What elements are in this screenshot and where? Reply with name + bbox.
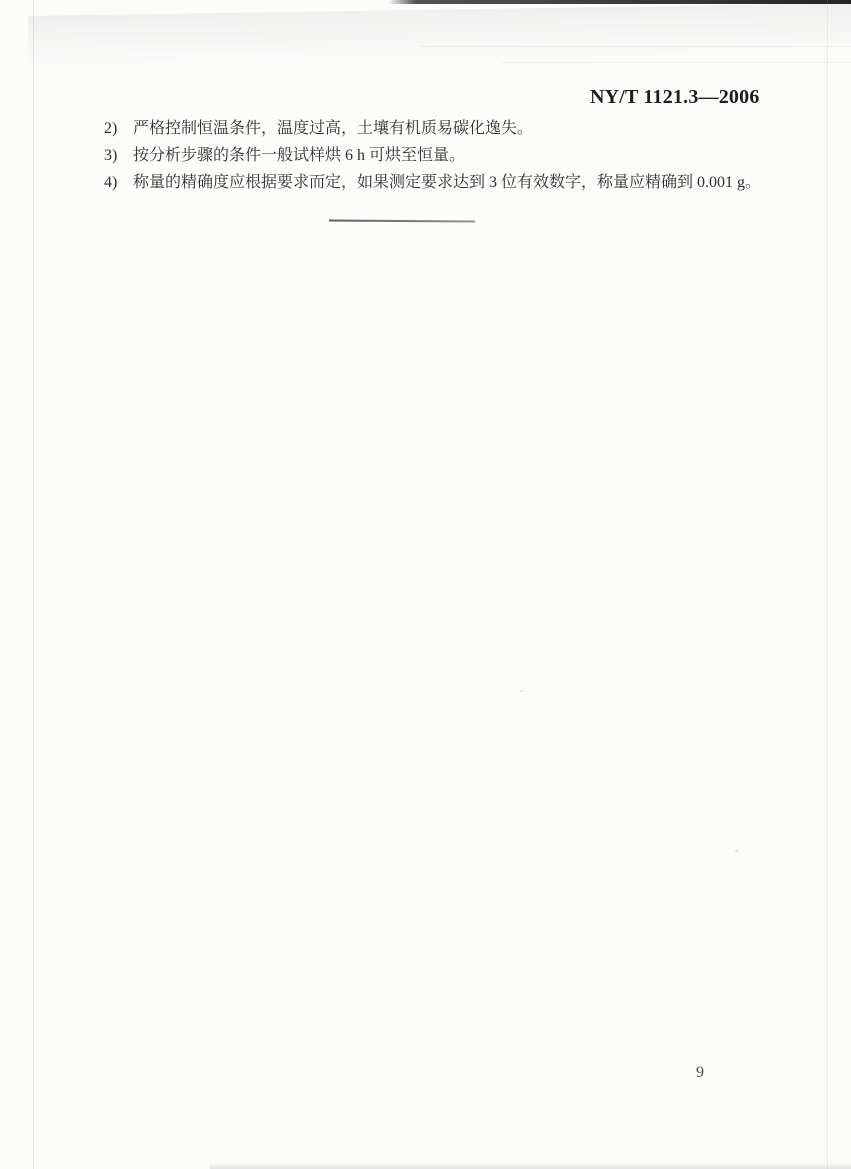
note-marker: 3) [104, 147, 133, 165]
notes-list: 2) 严格控制恒温条件，温度过高，土壤有机质易碳化逸失。 3) 按分析步骤的条件… [104, 120, 784, 201]
page-left-edge-line [33, 0, 34, 1169]
scanned-document-page: NY/T 1121.3—2006 2) 严格控制恒温条件，温度过高，土壤有机质易… [0, 0, 851, 1169]
note-text: 称量的精确度应根据要求而定，如果测定要求达到 3 位有效数字，称量应精确到 0.… [133, 174, 784, 192]
scan-streak [420, 46, 851, 47]
page-number: 9 [696, 1064, 704, 1082]
page-right-edge-line [827, 0, 828, 1169]
scan-edge-dark-strip [388, 0, 851, 4]
note-text: 严格控制恒温条件，温度过高，土壤有机质易碳化逸失。 [133, 120, 784, 138]
note-marker: 2) [104, 120, 133, 138]
scan-bottom-smudge [210, 1162, 851, 1169]
note-item-3: 3) 按分析步骤的条件一般试样烘 6 h 可烘至恒量。 [104, 147, 784, 165]
note-item-2: 2) 严格控制恒温条件，温度过高，土壤有机质易碳化逸失。 [104, 120, 784, 138]
note-text: 按分析步骤的条件一般试样烘 6 h 可烘至恒量。 [133, 147, 784, 165]
scan-speck [735, 850, 738, 852]
scan-shadow-band [28, 2, 851, 68]
scan-speck [520, 690, 523, 692]
note-marker: 4) [104, 174, 133, 192]
end-of-text-rule [329, 220, 475, 223]
scan-streak [500, 62, 851, 63]
note-item-4: 4) 称量的精确度应根据要求而定，如果测定要求达到 3 位有效数字，称量应精确到… [104, 174, 784, 192]
standard-number-header: NY/T 1121.3—2006 [590, 86, 760, 109]
